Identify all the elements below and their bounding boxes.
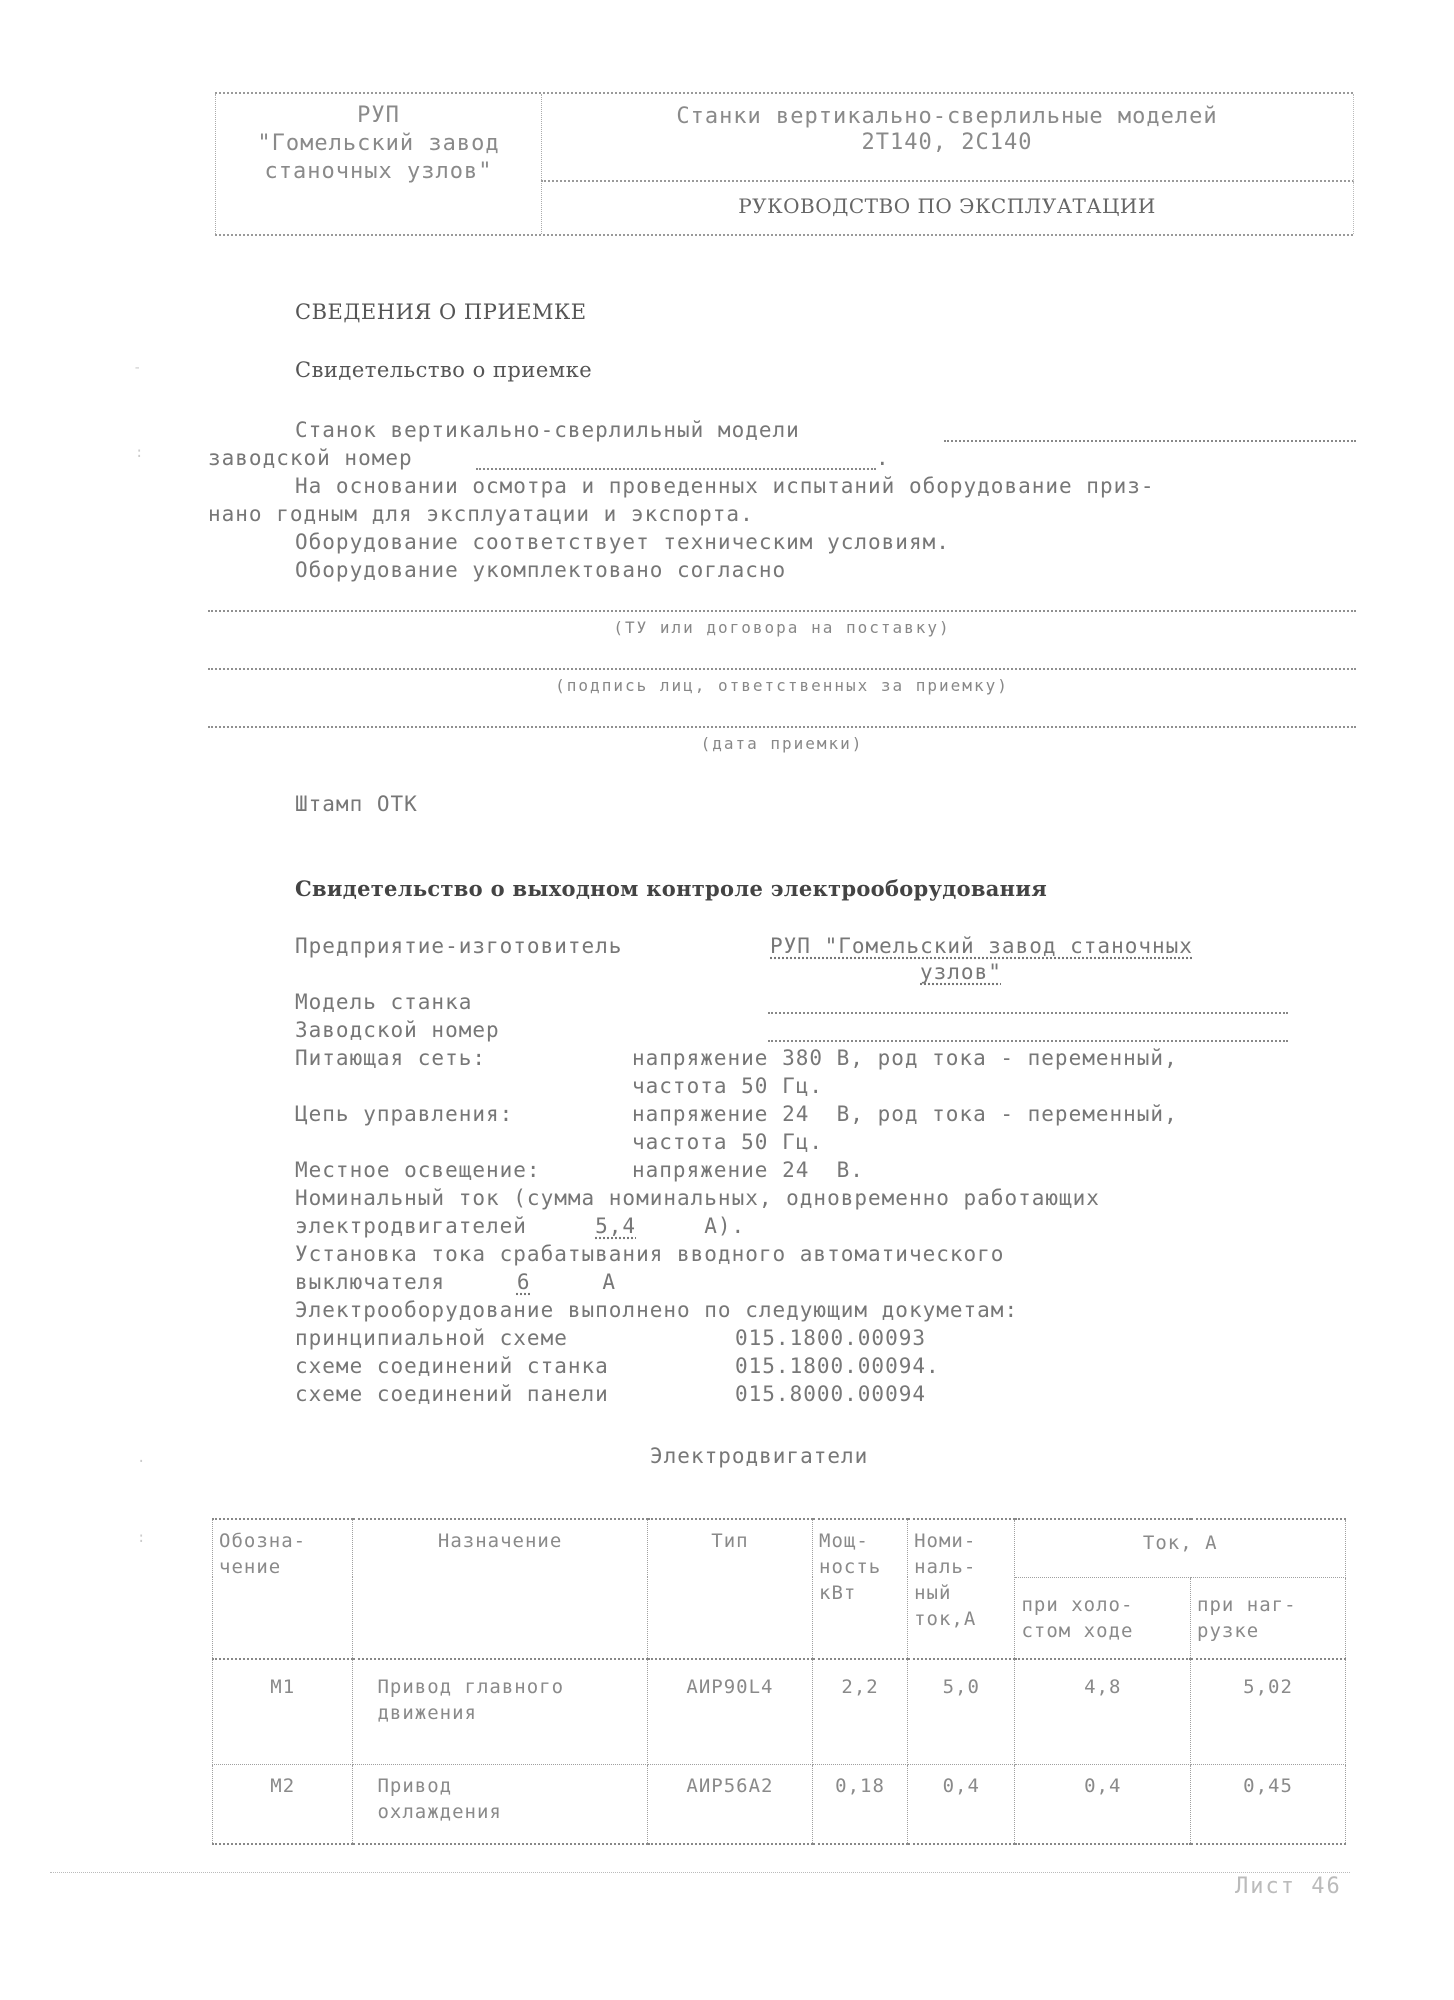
- docs-intro: Электрооборудование выполнено по следующ…: [295, 1298, 1018, 1322]
- section-title: СВЕДЕНИЯ О ПРИЕМКЕ: [295, 300, 587, 324]
- product-title-cell: Станки вертикально-сверлильные моделей 2…: [541, 94, 1354, 182]
- nominal-current-text-2: электродвигателей 5,4 А).: [295, 1214, 745, 1238]
- otk-stamp-label: Штамп ОТК: [295, 792, 418, 816]
- serial-line-end: .: [876, 446, 890, 470]
- cell-designation: М1: [213, 1659, 353, 1765]
- org-line-2: "Гомельский завод: [216, 130, 541, 158]
- col-nominal-current: Номи- наль- ный ток,А: [908, 1519, 1015, 1659]
- cell-nominal-current: 0,4: [908, 1765, 1015, 1845]
- doc-label-0: принципиальной схеме: [295, 1326, 568, 1350]
- model-blank-field[interactable]: [944, 440, 1356, 442]
- page-number: Лист 46: [1235, 1874, 1342, 1899]
- nominal-current-suffix: А).: [704, 1214, 745, 1238]
- footer-divider: [50, 1872, 1350, 1873]
- date-caption: (дата приемки): [208, 734, 1356, 753]
- manufacturer-value-1: РУП "Гомельский завод станочных: [770, 934, 1193, 958]
- lighting-line: напряжение 24 В.: [632, 1158, 864, 1182]
- doc-label-1: схеме соединений станка: [295, 1354, 609, 1378]
- control-line-1: напряжение 24 В, род тока - переменный,: [632, 1102, 1178, 1126]
- scan-margin-mark: :: [135, 445, 143, 461]
- model-line-label: Станок вертикально-сверлильный модели: [295, 418, 800, 442]
- table-row: М1 Привод главного движения АИР90L4 2,2 …: [213, 1659, 1346, 1765]
- manufacturer-label: Предприятие-изготовитель: [295, 934, 622, 958]
- motors-table: Обозна- чение Назначение Тип Мощ- ность …: [212, 1518, 1346, 1845]
- signature-caption: (подпись лиц, ответственных за приемку): [208, 676, 1356, 695]
- cell-load-current: 5,02: [1191, 1659, 1346, 1765]
- cell-nominal-current: 5,0: [908, 1659, 1015, 1765]
- model-label: Модель станка: [295, 990, 472, 1014]
- product-title-line-2: 2Т140, 2С140: [541, 130, 1353, 156]
- supply-label: Питающая сеть:: [295, 1046, 486, 1070]
- document-header-stamp: РУП "Гомельский завод станочных узлов" С…: [215, 92, 1353, 236]
- electrical-certificate-title: Свидетельство о выходном контроле электр…: [295, 876, 1047, 901]
- nominal-current-text-1: Номинальный ток (сумма номинальных, одно…: [295, 1186, 1100, 1210]
- serial-label: Заводской номер: [295, 1018, 500, 1042]
- table-row: М2 Привод охлаждения АИР56А2 0,18 0,4 0,…: [213, 1765, 1346, 1845]
- manufacturer-value-2: узлов": [920, 960, 1002, 984]
- org-line-3: станочных узлов": [216, 158, 541, 186]
- date-blank-field[interactable]: [208, 726, 1356, 728]
- col-type: Тип: [647, 1519, 812, 1659]
- breaker-text-1: Установка тока срабатывания вводного авт…: [295, 1242, 1004, 1266]
- breaker-prefix: выключателя: [295, 1270, 445, 1294]
- cell-load-current: 0,45: [1191, 1765, 1346, 1845]
- doc-type: РУКОВОДСТВО ПО ЭКСПЛУАТАЦИИ: [738, 194, 1156, 218]
- inspection-text-2: нано годным для эксплуатации и экспорта.: [208, 502, 754, 526]
- supply-line-1: напряжение 380 В, род тока - переменный,: [632, 1046, 1178, 1070]
- cell-purpose: Привод охлаждения: [353, 1765, 647, 1845]
- cell-power: 2,2: [813, 1659, 908, 1765]
- breaker-value: 6: [459, 1270, 589, 1294]
- doc-code-2: 015.8000.00094: [735, 1382, 926, 1406]
- scan-margin-mark: -: [133, 360, 141, 376]
- nominal-current-prefix: электродвигателей: [295, 1214, 527, 1238]
- signature-blank-field[interactable]: [208, 668, 1356, 670]
- supply-line-2: частота 50 Гц.: [632, 1074, 823, 1098]
- doc-label-2: схеме соединений панели: [295, 1382, 609, 1406]
- product-title-line-1: Станки вертикально-сверлильные моделей: [541, 104, 1353, 130]
- doc-code-0: 015.1800.00093: [735, 1326, 926, 1350]
- inspection-text-1: На основании осмотра и проведенных испыт…: [295, 474, 1155, 498]
- tu-blank-field[interactable]: [208, 610, 1356, 612]
- col-idle-current: при холо- стом ходе: [1015, 1577, 1191, 1659]
- cell-idle-current: 4,8: [1015, 1659, 1191, 1765]
- cell-purpose: Привод главного движения: [353, 1659, 647, 1765]
- conformity-text: Оборудование соответствует техническим у…: [295, 530, 950, 554]
- cell-type: АИР90L4: [647, 1659, 812, 1765]
- col-load-current: при наг- рузке: [1191, 1577, 1346, 1659]
- tu-caption: (ТУ или договора на поставку): [208, 618, 1356, 637]
- col-designation: Обозна- чение: [213, 1519, 353, 1659]
- breaker-text-2: выключателя 6 А: [295, 1270, 616, 1294]
- control-line-2: частота 50 Гц.: [632, 1130, 823, 1154]
- lighting-label: Местное освещение:: [295, 1158, 541, 1182]
- doc-code-1: 015.1800.00094.: [735, 1354, 940, 1378]
- certificate-title: Свидетельство о приемке: [295, 358, 592, 382]
- col-power: Мощ- ность кВт: [813, 1519, 908, 1659]
- cell-designation: М2: [213, 1765, 353, 1845]
- org-line-1: РУП: [216, 102, 541, 130]
- organization-cell: РУП "Гомельский завод станочных узлов": [215, 94, 542, 234]
- control-label: Цепь управления:: [295, 1102, 513, 1126]
- serial-blank-field[interactable]: [476, 468, 876, 470]
- scan-margin-mark: :: [137, 1530, 145, 1546]
- cell-power: 0,18: [813, 1765, 908, 1845]
- machine-serial-field[interactable]: [768, 1040, 1288, 1042]
- completeness-text: Оборудование укомплектовано согласно: [295, 558, 786, 582]
- cell-idle-current: 0,4: [1015, 1765, 1191, 1845]
- nominal-current-value: 5,4: [541, 1214, 691, 1238]
- col-purpose: Назначение: [353, 1519, 647, 1659]
- col-current-group: Ток, А: [1015, 1519, 1346, 1577]
- scan-margin-mark: .: [137, 1450, 145, 1466]
- serial-line-label: заводской номер: [208, 446, 413, 470]
- motors-table-title: Электродвигатели: [650, 1444, 868, 1468]
- breaker-suffix: А: [602, 1270, 616, 1294]
- cell-type: АИР56А2: [647, 1765, 812, 1845]
- machine-model-field[interactable]: [768, 1012, 1288, 1014]
- doc-type-cell: РУКОВОДСТВО ПО ЭКСПЛУАТАЦИИ: [541, 182, 1354, 234]
